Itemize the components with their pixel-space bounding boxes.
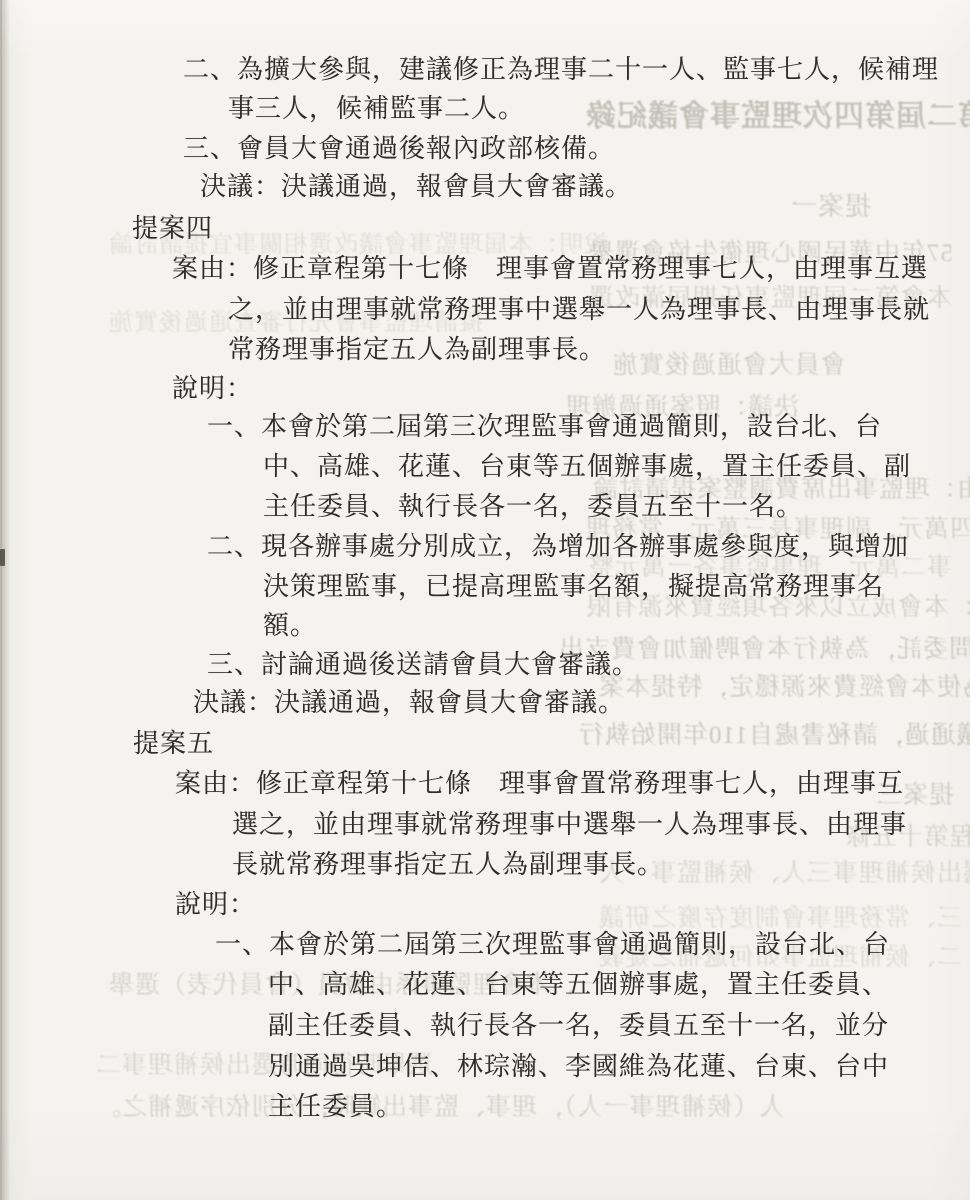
text-line: 案由：修正章程第十七條 理事會置常務理事七人，由理事互選 [172,254,928,284]
text-line: 別通過吳坤佶、林琮瀚、李國維為花蓮、台東、台中 [268,1052,889,1082]
text-line: 主任委員、執行長各一名，委員五至十一名。 [263,492,803,522]
text-line: 主任委員。 [268,1092,403,1122]
bleedthrough-line: 人（候補理事一人），理事、監事出缺時，分別依序遞補之。 [95,1094,785,1123]
scan-left-edge-shadow [2,0,10,1200]
text-line: 額。 [263,611,317,641]
scan-edge-artifact [0,549,5,566]
resolution-line: 決議：決議通過，報會員大會審議。 [200,172,632,202]
text-line: 三、會員大會通過後報內政部核備。 [183,134,615,164]
text-line: 副主任委員、執行長各一名，委員五至十一名，並分 [268,1011,889,1041]
explanation-label: 說明： [172,374,253,404]
text-line: 中、高雄、花蓮、台東等五個辦事處，置主任委員、副 [263,452,911,482]
bleedthrough-line: 提案一 [790,192,871,222]
text-line: 選之，並由理事就常務理事中選舉一人為理事長、由理事 [232,810,907,840]
bleedthrough-line: 會員大會通過後實施 [612,352,846,381]
text-line: 中、高雄、花蓮、台東等五個辦事處，置主任委員、 [268,970,889,1000]
list-item-line: 一、本會於第二屆第三次理監事會通過簡則，設台北、台 [207,412,882,442]
text-line: 事三人，候補監事二人。 [228,94,525,124]
bleedthrough-line: 為使本會經費來源穩定，特提本案 [598,674,970,703]
proposal-5-title: 提案五 [133,729,214,759]
scanned-document-page: 第二屆第四次理監事會議紀錄 提案一 案由：57年中華民國心理衛生協會選舉 說明：… [0,0,970,1200]
list-item-line: 一、本會於第二屆第三次理監事會通過簡則，設台北、台 [215,930,890,960]
text-line: 二、為擴大參與，建議修正為理事二十一人、監事七人，候補理 [183,55,939,85]
text-line: 之，並由理事就常務理事中選舉一人為理事長、由理事長就 [228,295,930,325]
bleedthrough-line: 決議：決議通過，請秘書處自110年開始執行 [578,722,970,751]
list-item-line: 二、現各辦事處分別成立，為增加各辦事處參與度，與增加 [207,532,909,562]
text-line: 案由：修正章程第十七條 理事會置常務理事七人，由理事互 [175,769,904,799]
resolution-line: 決議：決議通過，報會員大會審議。 [193,688,625,718]
text-line: 決策理監事，已提高理監事名額，擬提高常務理事名 [263,572,884,602]
text-line: 長就常務理事指定五人為副理事長。 [232,850,664,880]
explanation-label: 說明： [175,890,256,920]
text-line: 常務理事指定五人為副理事長。 [228,335,606,365]
proposal-4-title: 提案四 [132,214,213,244]
bleedthrough-line: 第二屆第四次理監事會議紀錄 [585,100,970,135]
list-item-line: 三、討論通過後送請會員大會審議。 [207,650,639,680]
